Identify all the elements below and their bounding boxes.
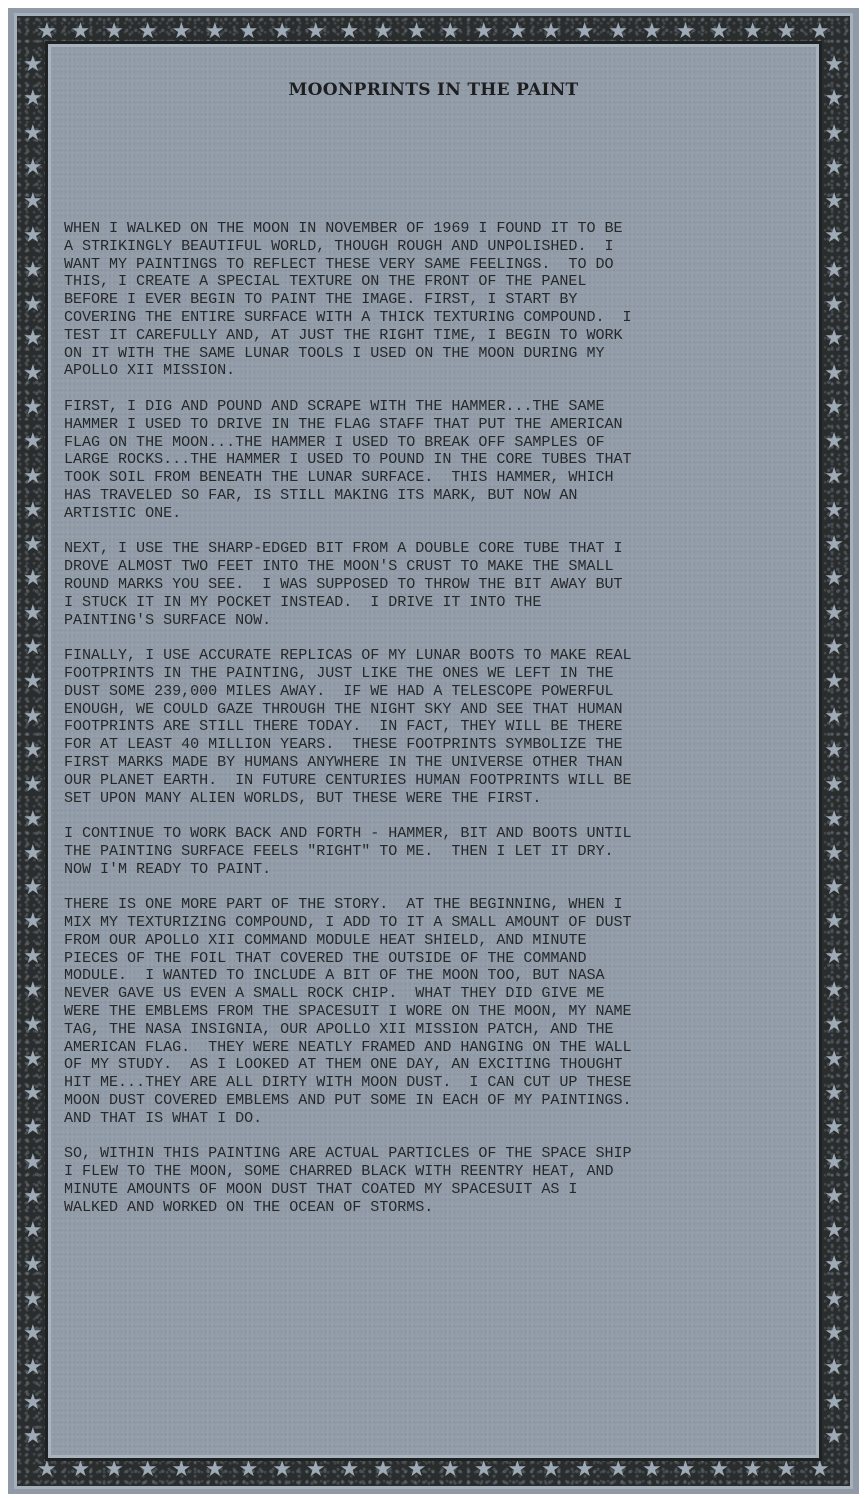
star-icon: ★	[239, 21, 259, 43]
star-icon: ★	[776, 1459, 796, 1481]
text-line: TAG, THE NASA INSIGNIA, OUR APOLLO XII M…	[64, 1021, 764, 1039]
star-icon: ★	[23, 534, 43, 556]
star-icon: ★	[541, 21, 561, 43]
text-line: OUR PLANET EARTH. IN FUTURE CENTURIES HU…	[64, 772, 764, 790]
star-icon: ★	[23, 1083, 43, 1105]
text-line: MOON DUST COVERED EMBLEMS AND PUT SOME I…	[64, 1092, 764, 1110]
star-icon: ★	[824, 397, 844, 419]
star-icon: ★	[23, 1392, 43, 1414]
star-icon: ★	[23, 706, 43, 728]
star-icon: ★	[23, 1186, 43, 1208]
star-icon: ★	[709, 1459, 729, 1481]
star-icon: ★	[23, 1289, 43, 1311]
text-line: I CONTINUE TO WORK BACK AND FORTH - HAMM…	[64, 825, 764, 843]
star-icon: ★	[824, 671, 844, 693]
star-icon: ★	[138, 21, 158, 43]
star-icon: ★	[407, 21, 427, 43]
star-icon: ★	[339, 1459, 359, 1481]
star-icon: ★	[373, 21, 393, 43]
star-icon: ★	[23, 1254, 43, 1276]
star-icon: ★	[440, 1459, 460, 1481]
star-icon: ★	[642, 21, 662, 43]
star-icon: ★	[23, 294, 43, 316]
star-icon: ★	[23, 466, 43, 488]
text-line: WERE THE EMBLEMS FROM THE SPACESUIT I WO…	[64, 1003, 764, 1021]
text-line: OF MY STUDY. AS I LOOKED AT THEM ONE DAY…	[64, 1056, 764, 1074]
star-icon: ★	[474, 1459, 494, 1481]
text-line: FROM OUR APOLLO XII COMMAND MODULE HEAT …	[64, 932, 764, 950]
star-icon: ★	[205, 1459, 225, 1481]
star-icon: ★	[23, 1323, 43, 1345]
star-icon: ★	[71, 21, 91, 43]
paragraph: I CONTINUE TO WORK BACK AND FORTH - HAMM…	[64, 825, 764, 878]
text-line: MINUTE AMOUNTS OF MOON DUST THAT COATED …	[64, 1181, 764, 1199]
star-icon: ★	[104, 21, 124, 43]
text-line: NOW I'M READY TO PAINT.	[64, 861, 764, 879]
star-icon: ★	[104, 1459, 124, 1481]
text-line: TOOK SOIL FROM BENEATH THE LUNAR SURFACE…	[64, 469, 764, 487]
star-icon: ★	[824, 1117, 844, 1139]
star-icon: ★	[824, 294, 844, 316]
star-icon: ★	[541, 1459, 561, 1481]
text-line: FINALLY, I USE ACCURATE REPLICAS OF MY L…	[64, 647, 764, 665]
star-icon: ★	[440, 21, 460, 43]
text-line: ON IT WITH THE SAME LUNAR TOOLS I USED O…	[64, 345, 764, 363]
text-line: HAS TRAVELED SO FAR, IS STILL MAKING ITS…	[64, 487, 764, 505]
star-icon: ★	[824, 1186, 844, 1208]
star-icon: ★	[676, 1459, 696, 1481]
text-line: COVERING THE ENTIRE SURFACE WITH A THICK…	[64, 309, 764, 327]
star-border-left: ★★★★★★★★★★★★★★★★★★★★★★★★★★★★★★★★★★★★★★★★…	[23, 54, 43, 1448]
star-icon: ★	[407, 1459, 427, 1481]
star-icon: ★	[71, 1459, 91, 1481]
star-icon: ★	[23, 54, 43, 76]
star-icon: ★	[824, 1323, 844, 1345]
star-icon: ★	[608, 21, 628, 43]
star-icon: ★	[776, 21, 796, 43]
star-icon: ★	[239, 1459, 259, 1481]
star-icon: ★	[23, 500, 43, 522]
text-line: NEVER GAVE US EVEN A SMALL ROCK CHIP. WH…	[64, 985, 764, 1003]
star-icon: ★	[23, 1152, 43, 1174]
text-line: I STUCK IT IN MY POCKET INSTEAD. I DRIVE…	[64, 594, 764, 612]
star-icon: ★	[23, 980, 43, 1002]
star-icon: ★	[824, 1152, 844, 1174]
star-icon: ★	[676, 21, 696, 43]
star-icon: ★	[743, 1459, 763, 1481]
text-line: ENOUGH, WE COULD GAZE THROUGH THE NIGHT …	[64, 701, 764, 719]
text-line: WALKED AND WORKED ON THE OCEAN OF STORMS…	[64, 1199, 764, 1217]
star-icon: ★	[508, 1459, 528, 1481]
text-line: PIECES OF THE FOIL THAT COVERED THE OUTS…	[64, 950, 764, 968]
star-icon: ★	[824, 809, 844, 831]
text-line: FIRST MARKS MADE BY HUMANS ANYWHERE IN T…	[64, 754, 764, 772]
star-icon: ★	[272, 21, 292, 43]
star-icon: ★	[474, 21, 494, 43]
star-border-bottom: ★★★★★★★★★★★★★★★★★★★★★★★★	[37, 1459, 830, 1481]
star-icon: ★	[824, 225, 844, 247]
text-line: HAMMER I USED TO DRIVE IN THE FLAG STAFF…	[64, 416, 764, 434]
star-icon: ★	[306, 1459, 326, 1481]
star-icon: ★	[824, 500, 844, 522]
star-icon: ★	[23, 877, 43, 899]
text-line: NEXT, I USE THE SHARP-EDGED BIT FROM A D…	[64, 540, 764, 558]
text-line: A STRIKINGLY BEAUTIFUL WORLD, THOUGH ROU…	[64, 238, 764, 256]
paragraph: WHEN I WALKED ON THE MOON IN NOVEMBER OF…	[64, 220, 764, 380]
star-icon: ★	[824, 260, 844, 282]
star-icon: ★	[824, 191, 844, 213]
text-line: AMERICAN FLAG. THEY WERE NEATLY FRAMED A…	[64, 1039, 764, 1057]
text-line: FIRST, I DIG AND POUND AND SCRAPE WITH T…	[64, 398, 764, 416]
text-line: THE PAINTING SURFACE FEELS "RIGHT" TO ME…	[64, 843, 764, 861]
star-icon: ★	[824, 568, 844, 590]
star-icon: ★	[23, 774, 43, 796]
star-icon: ★	[608, 1459, 628, 1481]
star-icon: ★	[23, 123, 43, 145]
text-line: AND THAT IS WHAT I DO.	[64, 1110, 764, 1128]
text-line: THIS, I CREATE A SPECIAL TEXTURE ON THE …	[64, 273, 764, 291]
star-icon: ★	[23, 1117, 43, 1139]
star-icon: ★	[824, 1426, 844, 1448]
text-line: APOLLO XII MISSION.	[64, 362, 764, 380]
star-icon: ★	[824, 1049, 844, 1071]
star-icon: ★	[23, 568, 43, 590]
star-icon: ★	[824, 1357, 844, 1379]
text-line: THERE IS ONE MORE PART OF THE STORY. AT …	[64, 896, 764, 914]
star-icon: ★	[23, 946, 43, 968]
star-icon: ★	[824, 466, 844, 488]
star-icon: ★	[824, 328, 844, 350]
text-line: DROVE ALMOST TWO FEET INTO THE MOON'S CR…	[64, 558, 764, 576]
text-line: PAINTING'S SURFACE NOW.	[64, 612, 764, 630]
star-icon: ★	[824, 534, 844, 556]
star-icon: ★	[824, 157, 844, 179]
star-icon: ★	[23, 1426, 43, 1448]
star-icon: ★	[824, 603, 844, 625]
paragraph: THERE IS ONE MORE PART OF THE STORY. AT …	[64, 896, 764, 1127]
star-icon: ★	[37, 1459, 57, 1481]
star-icon: ★	[824, 363, 844, 385]
star-icon: ★	[23, 328, 43, 350]
star-icon: ★	[373, 1459, 393, 1481]
text-line: LARGE ROCKS...THE HAMMER I USED TO POUND…	[64, 451, 764, 469]
text-line: ARTISTIC ONE.	[64, 505, 764, 523]
star-icon: ★	[575, 1459, 595, 1481]
star-icon: ★	[824, 1289, 844, 1311]
document-card: ★★★★★★★★★★★★★★★★★★★★★★★★ ★★★★★★★★★★★★★★★…	[8, 8, 859, 1494]
star-icon: ★	[824, 843, 844, 865]
star-icon: ★	[205, 21, 225, 43]
star-icon: ★	[23, 1220, 43, 1242]
star-icon: ★	[306, 21, 326, 43]
star-border-right: ★★★★★★★★★★★★★★★★★★★★★★★★★★★★★★★★★★★★★★★★…	[824, 54, 844, 1448]
star-icon: ★	[824, 911, 844, 933]
star-icon: ★	[23, 603, 43, 625]
star-icon: ★	[824, 877, 844, 899]
star-icon: ★	[138, 1459, 158, 1481]
star-icon: ★	[23, 225, 43, 247]
text-line: HIT ME...THEY ARE ALL DIRTY WITH MOON DU…	[64, 1074, 764, 1092]
star-icon: ★	[824, 980, 844, 1002]
star-icon: ★	[23, 843, 43, 865]
star-icon: ★	[824, 740, 844, 762]
text-line: DUST SOME 239,000 MILES AWAY. IF WE HAD …	[64, 683, 764, 701]
document-body: WHEN I WALKED ON THE MOON IN NOVEMBER OF…	[64, 220, 764, 1234]
text-line: SO, WITHIN THIS PAINTING ARE ACTUAL PART…	[64, 1145, 764, 1163]
text-line: FLAG ON THE MOON...THE HAMMER I USED TO …	[64, 434, 764, 452]
paragraph: FIRST, I DIG AND POUND AND SCRAPE WITH T…	[64, 398, 764, 523]
document-title: MOONPRINTS IN THE PAINT	[8, 80, 859, 100]
star-icon: ★	[23, 1357, 43, 1379]
star-icon: ★	[23, 157, 43, 179]
star-icon: ★	[824, 123, 844, 145]
star-icon: ★	[171, 1459, 191, 1481]
star-icon: ★	[23, 260, 43, 282]
text-line: ROUND MARKS YOU SEE. I WAS SUPPOSED TO T…	[64, 576, 764, 594]
star-icon: ★	[23, 1049, 43, 1071]
star-icon: ★	[23, 809, 43, 831]
star-icon: ★	[23, 1014, 43, 1036]
star-icon: ★	[37, 21, 57, 43]
star-icon: ★	[272, 1459, 292, 1481]
paragraph: FINALLY, I USE ACCURATE REPLICAS OF MY L…	[64, 647, 764, 807]
star-icon: ★	[709, 21, 729, 43]
star-border-top: ★★★★★★★★★★★★★★★★★★★★★★★★	[37, 21, 830, 43]
star-icon: ★	[575, 21, 595, 43]
text-line: WHEN I WALKED ON THE MOON IN NOVEMBER OF…	[64, 220, 764, 238]
star-icon: ★	[508, 21, 528, 43]
text-line: MIX MY TEXTURIZING COMPOUND, I ADD TO IT…	[64, 914, 764, 932]
star-icon: ★	[23, 740, 43, 762]
star-icon: ★	[23, 191, 43, 213]
star-icon: ★	[824, 1083, 844, 1105]
text-line: SET UPON MANY ALIEN WORLDS, BUT THESE WE…	[64, 790, 764, 808]
paragraph: NEXT, I USE THE SHARP-EDGED BIT FROM A D…	[64, 540, 764, 629]
star-icon: ★	[23, 637, 43, 659]
star-icon: ★	[824, 1254, 844, 1276]
text-line: FOOTPRINTS ARE STILL THERE TODAY. IN FAC…	[64, 718, 764, 736]
text-line: FOOTPRINTS IN THE PAINTING, JUST LIKE TH…	[64, 665, 764, 683]
text-line: I FLEW TO THE MOON, SOME CHARRED BLACK W…	[64, 1163, 764, 1181]
star-icon: ★	[339, 21, 359, 43]
text-line: MODULE. I WANTED TO INCLUDE A BIT OF THE…	[64, 967, 764, 985]
star-icon: ★	[23, 431, 43, 453]
text-line: BEFORE I EVER BEGIN TO PAINT THE IMAGE. …	[64, 291, 764, 309]
star-icon: ★	[23, 911, 43, 933]
paragraph: SO, WITHIN THIS PAINTING ARE ACTUAL PART…	[64, 1145, 764, 1216]
star-icon: ★	[824, 1014, 844, 1036]
star-icon: ★	[810, 21, 830, 43]
star-icon: ★	[824, 431, 844, 453]
text-line: WANT MY PAINTINGS TO REFLECT THESE VERY …	[64, 256, 764, 274]
star-icon: ★	[171, 21, 191, 43]
star-icon: ★	[23, 363, 43, 385]
star-icon: ★	[23, 671, 43, 693]
star-icon: ★	[810, 1459, 830, 1481]
star-icon: ★	[743, 21, 763, 43]
star-icon: ★	[824, 637, 844, 659]
star-icon: ★	[824, 54, 844, 76]
star-icon: ★	[824, 706, 844, 728]
text-line: TEST IT CAREFULLY AND, AT JUST THE RIGHT…	[64, 327, 764, 345]
star-icon: ★	[824, 1392, 844, 1414]
star-icon: ★	[824, 1220, 844, 1242]
text-line: FOR AT LEAST 40 MILLION YEARS. THESE FOO…	[64, 736, 764, 754]
star-icon: ★	[642, 1459, 662, 1481]
star-icon: ★	[23, 397, 43, 419]
star-icon: ★	[824, 774, 844, 796]
star-icon: ★	[824, 946, 844, 968]
